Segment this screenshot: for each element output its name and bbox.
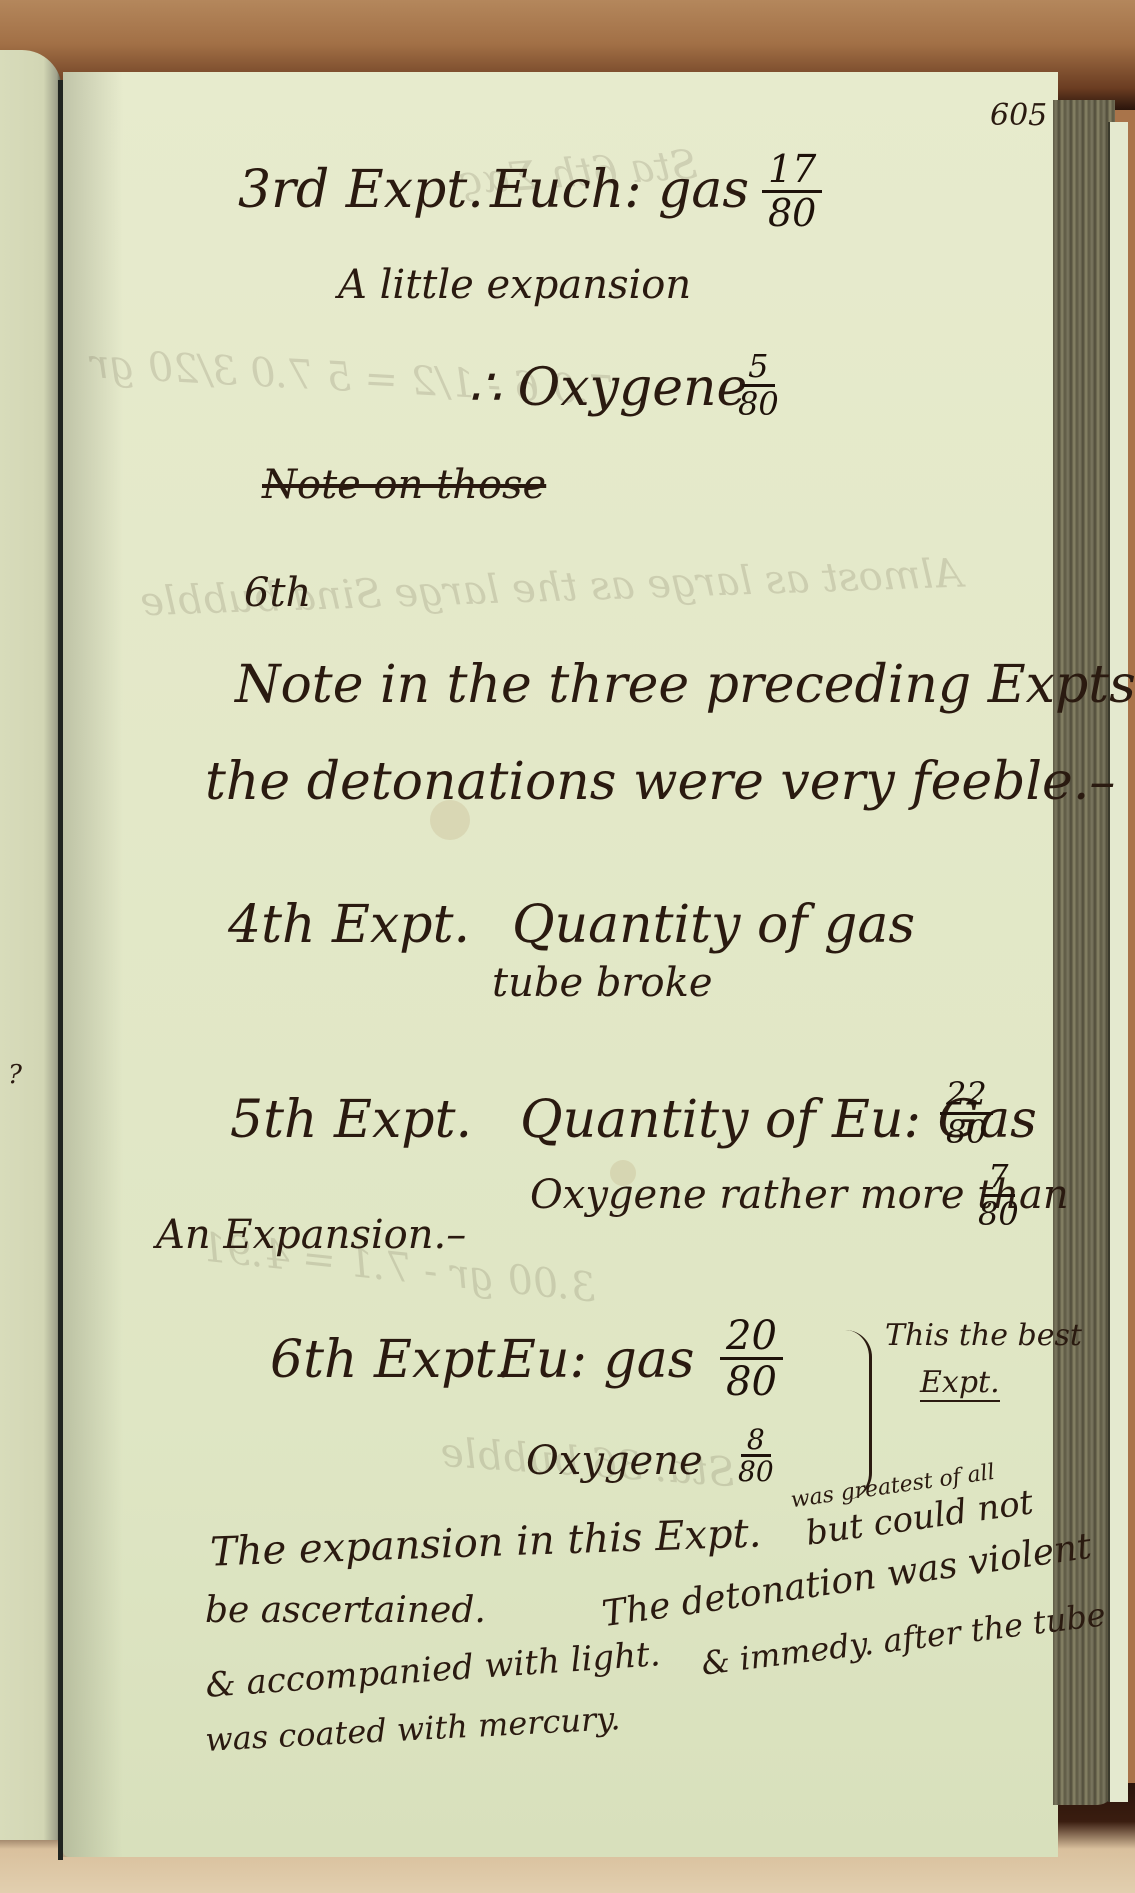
exp6-side-note-line-2: Expt. [920, 1365, 1000, 1402]
exp3-oxygen-label: ∴ Oxygene [468, 358, 747, 418]
fraction-denominator: 80 [978, 1197, 1019, 1232]
fraction-denominator: 80 [726, 1360, 777, 1404]
exp5-gas-fraction: 22 80 [940, 1078, 993, 1150]
fraction-numerator: 20 [720, 1315, 783, 1360]
fraction-denominator: 80 [946, 1115, 987, 1150]
exp6-oxygen-fraction: 8 80 [738, 1425, 774, 1488]
exp5-label: 5th Expt. [230, 1090, 472, 1150]
exp4-label: 4th Expt. [228, 895, 470, 955]
correction-mark: 6th [244, 570, 311, 616]
page-stack-edge-strip [1108, 122, 1128, 1802]
exp6-gas-fraction: 20 80 [720, 1315, 783, 1404]
fraction-denominator: 80 [768, 193, 816, 235]
note-line-1: Note in the three preceding Expts. [235, 655, 1135, 715]
exp6-label: 6th Expt. [270, 1330, 512, 1390]
exp3-oxygen-fraction: 5 80 [738, 350, 779, 422]
exp6-side-note-line-1: This the best [885, 1318, 1082, 1353]
page-number: 605 [990, 98, 1047, 133]
exp5-margin-note: An Expansion.– [156, 1212, 466, 1258]
exp3-label: 3rd Expt. [238, 160, 484, 220]
exp4-text: Quantity of gas [512, 895, 915, 955]
fraction-numerator: 17 [762, 150, 822, 193]
grouping-brace [845, 1330, 872, 1500]
fraction-numerator: 8 [741, 1425, 771, 1457]
exp6-gas-label: Eu: gas [498, 1330, 694, 1390]
exp4-sub: tube broke [492, 960, 713, 1006]
fraction-numerator: 5 [742, 350, 774, 387]
exp5-oxygen-fraction: 7 80 [978, 1160, 1019, 1232]
fraction-denominator: 80 [738, 387, 779, 422]
fraction-numerator: 22 [940, 1078, 993, 1115]
conclusion-line-2a: be ascertained. [205, 1590, 486, 1631]
left-facing-page: ? [0, 50, 62, 1840]
exp3-gas-label: Euch: gas [490, 160, 749, 220]
exp3-gas-fraction: 17 80 [762, 150, 822, 235]
note-line-2: the detonations were very feeble.– [205, 752, 1115, 812]
fraction-numerator: 7 [982, 1160, 1014, 1197]
exp3-note: A little expansion [338, 262, 691, 308]
struck-out-word: Note on those [262, 462, 546, 508]
exp6-oxygen-label: Oxygene [526, 1438, 703, 1484]
fraction-denominator: 80 [738, 1457, 774, 1488]
left-page-margin-mark: ? [8, 1060, 22, 1090]
